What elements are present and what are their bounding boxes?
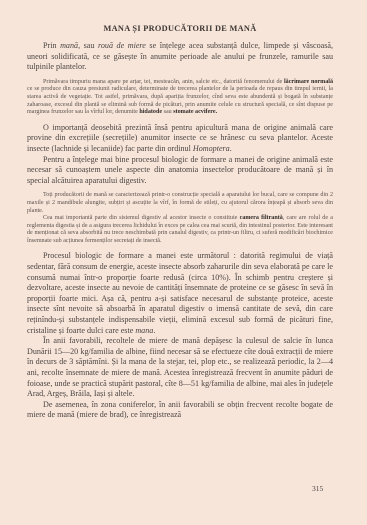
chapter-title: MANA ȘI PRODUCĂTORII DE MANĂ — [27, 24, 333, 33]
paragraph: Procesul biologic de formare a manei est… — [27, 251, 333, 336]
paragraph: În anii favorabili, recoltele de miere d… — [27, 336, 333, 400]
paragraph: De asemenea, în zona coniferelor, în ani… — [27, 400, 333, 421]
note-paragraph: Primăvara timpuriu mana apare pe arțar, … — [27, 79, 333, 117]
page-number: 315 — [312, 484, 323, 493]
note-paragraph: Cea mai importantă parte din sistemul di… — [27, 215, 333, 245]
paragraph: Pentru a înțelege mai bine procesul biol… — [27, 155, 333, 187]
paragraph: Prin mană, sau rouă de miere se înțelege… — [27, 41, 333, 73]
note-paragraph: Toți producătorii de mană se caracterize… — [27, 192, 333, 215]
page-body: MANA ȘI PRODUCĂTORII DE MANĂ Prin mană, … — [27, 24, 333, 421]
paragraph: O importanță deosebită prezintă însă pen… — [27, 123, 333, 155]
body-text: Prin mană, sau rouă de miere se înțelege… — [27, 41, 333, 421]
